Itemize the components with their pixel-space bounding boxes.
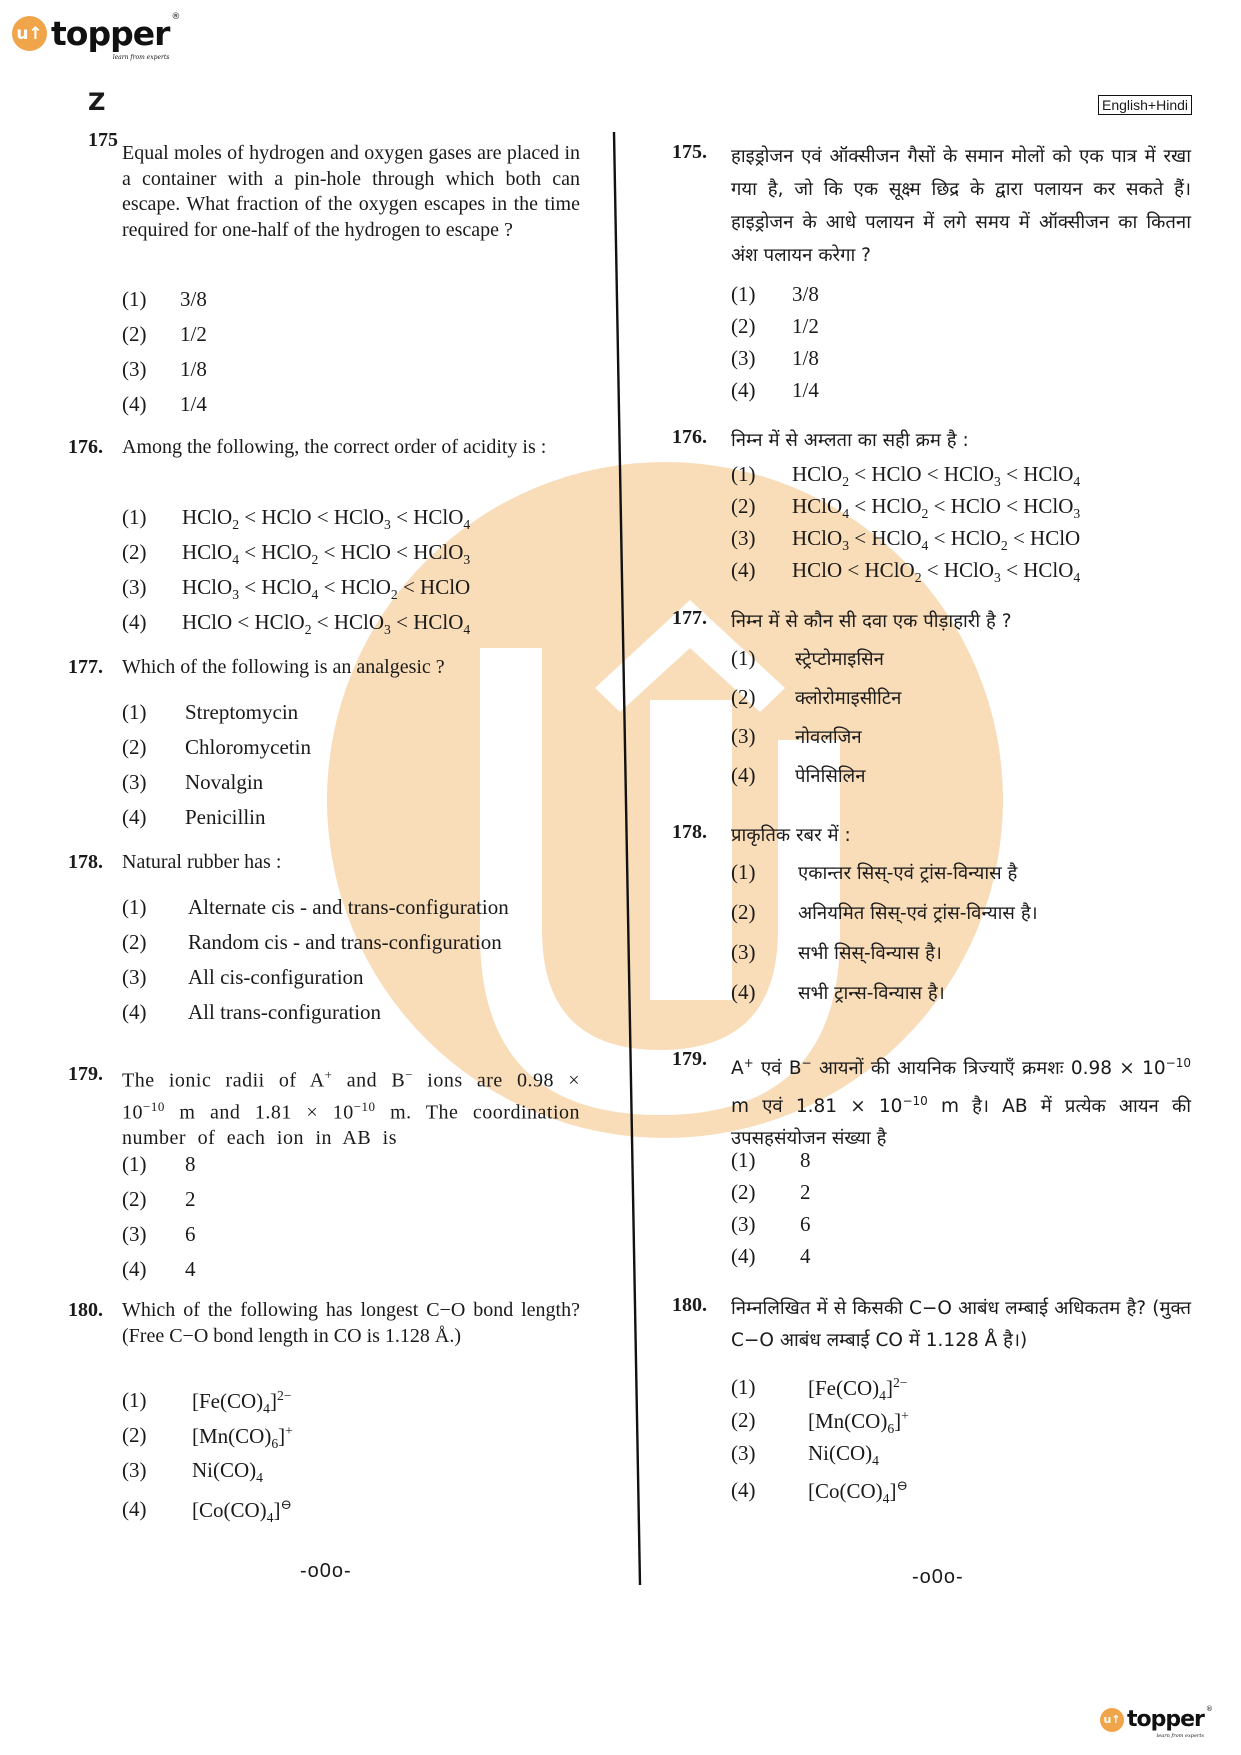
option-text: नोवलजिन <box>795 724 862 749</box>
en-question-text: Natural rubber has : <box>122 850 580 876</box>
topper-logo-bottom: u↑ topper ® learn from experts <box>1100 1707 1204 1732</box>
option-text: 6 <box>185 1222 196 1247</box>
option-number: (4) <box>122 1000 147 1025</box>
hi-question-number: 178. <box>672 820 707 846</box>
en-question-number: 177. <box>68 655 103 681</box>
option-text: HClO < HClO2 < HClO3 < HClO4 <box>182 610 470 638</box>
option-text: HClO4 < HClO2 < HClO < HClO3 <box>182 540 470 568</box>
option-number: (2) <box>731 314 756 339</box>
hi-question-text: निम्नलिखित में से किसकी C−O आबंध लम्बाई … <box>731 1293 1191 1357</box>
en-question-number: 178. <box>68 850 103 876</box>
en-question-number: 175 <box>88 128 118 154</box>
option-text: 8 <box>185 1152 196 1177</box>
option-number: (2) <box>731 685 756 710</box>
option-number: (2) <box>731 1408 756 1433</box>
option-number: (3) <box>731 1441 756 1466</box>
option-number: (4) <box>731 1244 756 1269</box>
option-number: (2) <box>731 1180 756 1205</box>
hi-question-text: प्राकृतिक रबर में : <box>731 820 1191 852</box>
option-text: Ni(CO)4 <box>192 1458 263 1486</box>
option-text: Ni(CO)4 <box>808 1441 879 1469</box>
option-number: (1) <box>731 1375 756 1400</box>
hindi-end-marker: -o0o- <box>912 1566 964 1589</box>
option-text: [Fe(CO)4]2− <box>192 1388 292 1417</box>
option-number: (1) <box>122 287 147 312</box>
option-text: [Mn(CO)6]+ <box>808 1408 909 1437</box>
option-number: (1) <box>122 1152 147 1177</box>
en-question-number: 176. <box>68 435 103 461</box>
option-number: (2) <box>122 930 147 955</box>
option-text: All cis-configuration <box>188 965 364 990</box>
en-question-text: Among the following, the correct order o… <box>122 435 580 461</box>
option-number: (2) <box>122 322 147 347</box>
option-number: (4) <box>731 1478 756 1503</box>
english-end-marker: -o0o- <box>300 1560 352 1583</box>
option-text: Streptomycin <box>185 700 298 725</box>
topper-badge-icon: u↑ <box>1100 1708 1124 1732</box>
option-text: HClO < HClO2 < HClO3 < HClO4 <box>792 558 1080 586</box>
option-number: (4) <box>731 558 756 583</box>
option-number: (4) <box>731 378 756 403</box>
option-text: HClO4 < HClO2 < HClO < HClO3 <box>792 494 1080 522</box>
option-number: (3) <box>122 357 147 382</box>
option-text: 8 <box>800 1148 811 1173</box>
option-text: HClO2 < HClO < HClO3 < HClO4 <box>792 462 1080 490</box>
hi-question-text: निम्न में से अम्लता का सही क्रम है : <box>731 425 1191 457</box>
option-number: (3) <box>122 1458 147 1483</box>
option-text: पेनिसिलिन <box>795 763 865 788</box>
en-question-text: Which of the following has longest C−O b… <box>122 1298 580 1349</box>
brand-tagline: learn from experts <box>1157 1733 1204 1739</box>
option-text: 3/8 <box>792 282 819 307</box>
option-text: 2 <box>800 1180 811 1205</box>
option-number: (3) <box>731 346 756 371</box>
en-question-text: Which of the following is an analgesic ? <box>122 655 580 681</box>
en-question-number: 180. <box>68 1298 103 1324</box>
option-number: (1) <box>122 895 147 920</box>
option-text: क्लोरोमाइसीटिन <box>795 685 901 710</box>
option-number: (1) <box>122 505 147 530</box>
option-text: Penicillin <box>185 805 266 830</box>
hi-question-number: 176. <box>672 425 707 451</box>
option-text: Alternate cis - and trans-configuration <box>188 895 509 920</box>
option-text: 4 <box>185 1257 196 1282</box>
option-text: [Mn(CO)6]+ <box>192 1423 293 1452</box>
option-text: Chloromycetin <box>185 735 311 760</box>
option-text: 1/4 <box>792 378 819 403</box>
option-text: स्ट्रेप्टोमाइसिन <box>795 646 884 671</box>
option-number: (1) <box>731 1148 756 1173</box>
option-number: (3) <box>122 1222 147 1247</box>
option-number: (4) <box>122 610 147 635</box>
option-text: एकान्तर सिस्-एवं ट्रांस-विन्यास है <box>798 860 1017 885</box>
en-question-text: Equal moles of hydrogen and oxygen gases… <box>122 141 580 243</box>
option-number: (3) <box>731 526 756 551</box>
option-number: (1) <box>731 282 756 307</box>
option-number: (4) <box>731 763 756 788</box>
option-number: (4) <box>731 980 756 1005</box>
option-text: HClO3 < HClO4 < HClO2 < HClO <box>182 575 470 603</box>
option-number: (2) <box>731 900 756 925</box>
option-number: (2) <box>122 735 147 760</box>
option-number: (4) <box>122 1497 147 1522</box>
option-number: (3) <box>122 965 147 990</box>
option-text: [Co(CO)4]⊖ <box>192 1497 292 1526</box>
option-text: 1/4 <box>180 392 207 417</box>
option-text: HClO2 < HClO < HClO3 < HClO4 <box>182 505 470 533</box>
option-number: (3) <box>122 575 147 600</box>
option-number: (1) <box>122 1388 147 1413</box>
registered-icon: ® <box>1206 1705 1212 1713</box>
hi-question-number: 180. <box>672 1293 707 1319</box>
hi-question-number: 179. <box>672 1047 707 1073</box>
en-question-text: The ionic radii of A+ and B− ions are 0.… <box>122 1062 580 1152</box>
option-text: 1/8 <box>792 346 819 371</box>
option-text: सभी सिस्-विन्यास है। <box>798 940 942 965</box>
hi-question-text: निम्न में से कौन सी दवा एक पीड़ाहारी है … <box>731 606 1191 638</box>
option-text: Novalgin <box>185 770 263 795</box>
option-text: [Co(CO)4]⊖ <box>808 1478 908 1507</box>
option-text: 1/2 <box>792 314 819 339</box>
option-text: HClO3 < HClO4 < HClO2 < HClO <box>792 526 1080 554</box>
option-number: (4) <box>122 392 147 417</box>
option-text: 3/8 <box>180 287 207 312</box>
option-number: (3) <box>731 724 756 749</box>
option-text: All trans-configuration <box>188 1000 381 1025</box>
option-text: 2 <box>185 1187 196 1212</box>
option-text: 4 <box>800 1244 811 1269</box>
en-question-number: 179. <box>68 1062 103 1088</box>
option-text: 6 <box>800 1212 811 1237</box>
option-text: अनियमित सिस्-एवं ट्रांस-विन्यास है। <box>798 900 1038 925</box>
option-number: (4) <box>122 805 147 830</box>
option-text: 1/2 <box>180 322 207 347</box>
option-number: (4) <box>122 1257 147 1282</box>
option-number: (3) <box>731 940 756 965</box>
hi-question-text: A+ एवं B− आयनों की आयनिक त्रिज्याएँ क्रम… <box>731 1047 1191 1155</box>
brand-name: topper <box>1127 1707 1204 1732</box>
option-number: (1) <box>731 462 756 487</box>
hi-question-number: 177. <box>672 606 707 632</box>
option-number: (3) <box>122 770 147 795</box>
option-text: सभी ट्रान्स-विन्यास है। <box>798 980 945 1005</box>
option-number: (2) <box>122 1423 147 1448</box>
option-number: (1) <box>731 646 756 671</box>
option-number: (2) <box>122 540 147 565</box>
hi-question-text: हाइड्रोजन एवं ऑक्सीजन गैसों के समान मोलो… <box>731 140 1191 272</box>
option-number: (2) <box>731 494 756 519</box>
option-number: (3) <box>731 1212 756 1237</box>
hi-question-number: 175. <box>672 140 707 166</box>
option-number: (1) <box>122 700 147 725</box>
option-number: (1) <box>731 860 756 885</box>
option-text: [Fe(CO)4]2− <box>808 1375 908 1404</box>
option-text: 1/8 <box>180 357 207 382</box>
option-number: (2) <box>122 1187 147 1212</box>
option-text: Random cis - and trans-configuration <box>188 930 502 955</box>
